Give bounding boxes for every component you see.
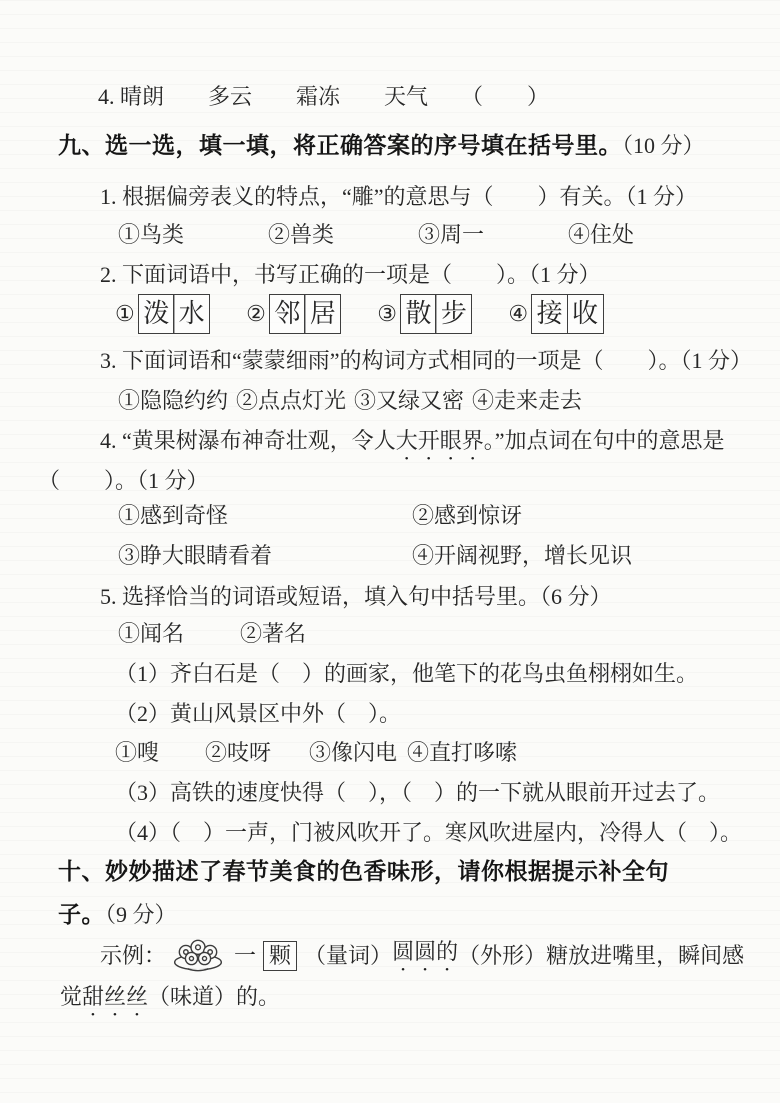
emphasized-shape-word: 圆圆的 [392,937,458,976]
question-5-points: （6 分） [540,584,612,609]
question-1-text: 1. 根据偏旁表义的特点，“雕”的意思与（ ）有关。 [100,184,626,209]
question-5-item-2: （2）黄山风景区中外（ ）。 [115,699,401,729]
question-2-text: 2. 下面词语中，书写正确的一项是（ ）。 [100,262,529,287]
hanzi-box: 邻 [269,294,306,334]
option-3: ③又绿又密 [354,386,472,416]
option-3: ③睁大眼睛看着 [118,541,412,571]
question-2-points: （1 分） [529,262,601,287]
example-line2: 觉甜丝丝（味道）的。 [60,982,280,1021]
option-3: ③周一 [418,220,568,250]
option-2: ②感到惊讶 [412,501,522,531]
section-nine-title: 九、选一选，填一填，将正确答案的序号填在括号里。 [58,132,622,158]
section-ten-heading-line1: 十、妙妙描述了春节美食的色香味形，请你根据提示补全句 [58,856,669,886]
option-2: ② 邻 居 [246,294,341,334]
question-3-options: ①隐隐约约 ②点点灯光 ③又绿又密 ④走来走去 [118,386,582,416]
option-number: ④ [508,299,528,329]
option-2: ②吱呀 [205,738,309,768]
option-3: ③ 散 步 [377,294,472,334]
example-line2-pre: 觉 [60,984,82,1009]
carryover-item: 4. 晴朗 多云 霜冻 天气 （ ） [98,82,549,112]
question-4-points: （1 分） [137,468,209,493]
option-1: ①感到奇怪 [118,501,412,531]
question-4-text-post: 。”加点词在句中的意思是 [484,428,725,453]
option-2: ②著名 [240,619,306,649]
option-1: ①隐隐约约 [118,386,236,416]
question-5-word-options: ①闻名 ②著名 [118,619,306,649]
example-line1-rest: （外形）糖放进嘴里，瞬间感 [458,941,744,971]
question-5-item-1: （1）齐白石是（ ）的画家，他笔下的花鸟虫鱼栩栩如生。 [115,659,698,689]
question-1-options: ①鸟类 ②兽类 ③周一 ④住处 [118,220,634,250]
hanzi-box: 水 [173,294,210,334]
option-1: ①嗖 [115,738,205,768]
exam-page: 4. 晴朗 多云 霜冻 天气 （ ） 九、选一选，填一填，将正确答案的序号填在括… [0,0,780,1103]
option-4: ④直打哆嗦 [407,738,517,768]
option-2: ②兽类 [268,220,418,250]
hanzi-box: 居 [304,294,341,334]
example-label: 示例： [100,941,166,971]
question-5-item-4: （4）（ ）一声，门被风吹开了。寒风吹进屋内，冷得人（ ）。 [115,818,742,848]
question-3-points: （1 分） [681,348,753,373]
option-1: ① 泼 水 [115,294,210,334]
option-4: ④住处 [568,220,634,250]
hanzi-box: 收 [567,294,604,334]
question-4-options-row1: ①感到奇怪 ②感到惊讶 [118,501,522,531]
question-5-item-3: （3）高铁的速度快得（ ），（ ）的一下就从眼前开过去了。 [115,778,720,808]
candy-plate-icon [170,930,226,982]
option-4: ④开阔视野，增长见识 [412,541,632,571]
option-2: ②点点灯光 [236,386,354,416]
example-line2-rest: （味道）的。 [148,984,280,1009]
option-1: ①鸟类 [118,220,268,250]
question-5-phrase-options: ①嗖 ②吱呀 ③像闪电 ④直打哆嗦 [115,738,517,768]
question-3-text: 3. 下面词语和“蒙蒙细雨”的构词方式相同的一项是（ ）。 [100,348,681,373]
answer-blank: （ ）。 [38,468,137,493]
emphasized-phrase: 大开眼界 [396,428,484,453]
hanzi-box: 接 [531,294,568,334]
question-2-options: ① 泼 水 ② 邻 居 ③ 散 步 ④ 接 收 [115,294,604,334]
hanzi-box: 散 [400,294,437,334]
hanzi-box: 泼 [138,294,175,334]
question-4-stem-wrap: （ ）。（1 分） [38,466,209,496]
section-ten-title-wrap: 子。 [58,901,105,927]
section-nine-heading: 九、选一选，填一填，将正确答案的序号填在括号里。（10 分） [58,130,705,161]
example-line1: 示例： 一 颗 （量词） [100,930,744,982]
hint-measure-word: （量词） [304,941,392,971]
option-1: ①闻名 [118,619,240,649]
question-2-stem: 2. 下面词语中，书写正确的一项是（ ）。（1 分） [100,260,601,290]
question-1-points: （1 分） [626,184,698,209]
section-nine-points: （10 分） [622,133,705,158]
question-5-text: 5. 选择恰当的词语或短语，填入句中括号里。 [100,584,540,609]
question-4-stem: 4. “黄果树瀑布神奇壮观，令人大开眼界。”加点词在句中的意思是 [100,426,725,465]
hanzi-box: 步 [435,294,472,334]
question-3-stem: 3. 下面词语和“蒙蒙细雨”的构词方式相同的一项是（ ）。（1 分） [100,346,752,376]
section-ten-heading-line2: 子。（9 分） [58,899,177,930]
option-number: ① [115,299,135,329]
option-3: ③像闪电 [309,738,407,768]
question-1-stem: 1. 根据偏旁表义的特点，“雕”的意思与（ ）有关。（1 分） [100,182,697,212]
option-number: ② [246,299,266,329]
question-5-stem: 5. 选择恰当的词语或短语，填入句中括号里。（6 分） [100,582,612,612]
section-ten-points: （9 分） [105,902,177,927]
question-4-options-row2: ③睁大眼睛看着 ④开阔视野，增长见识 [118,541,632,571]
question-4-text-pre: 4. “黄果树瀑布神奇壮观，令人 [100,428,396,453]
option-4: ④走来走去 [472,386,582,416]
emphasized-taste-word: 甜丝丝 [82,984,148,1009]
measure-lead: 一 [234,941,256,971]
option-number: ③ [377,299,397,329]
option-4: ④ 接 收 [508,294,603,334]
boxed-word: 颗 [263,941,297,971]
